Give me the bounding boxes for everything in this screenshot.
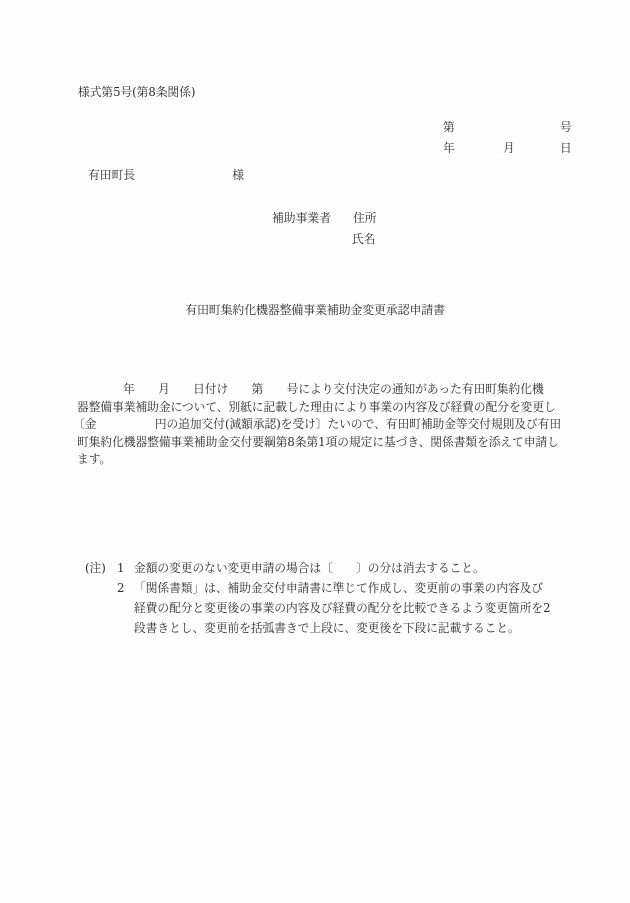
note-number: 2: [117, 578, 134, 598]
note-text: 金額の変更のない変更申請の場合は〔 〕の分は消去すること。: [134, 558, 485, 578]
body-paragraph: 年 月 日付け 第 号により交付決定の通知があった有田町集約化機 器整備事業補助…: [77, 381, 561, 469]
document-number-prefix-label: 第: [443, 119, 455, 135]
addressee-honorific: 様: [232, 168, 244, 182]
note-text: 「関係書類」は、補助金交付申請書に準じて作成し、変更前の事業の内容及び 経費の配…: [134, 578, 551, 638]
body-line: 年 月 日付け 第 号により交付決定の通知があった有田町集約化機: [77, 381, 561, 399]
body-line: 〔金 円の追加交付(減額承認)を受け〕たいので、有田町補助金等交付規則及び有田: [73, 416, 561, 434]
date-year-label: 年: [443, 140, 455, 156]
document-title: 有田町集約化機器整備事業補助金変更承認申請書: [0, 301, 630, 318]
form-number-label: 様式第5号(第8条関係): [78, 84, 196, 100]
applicant-name-label: 氏名: [352, 230, 376, 247]
body-line: ます。: [77, 451, 561, 469]
body-line: 器整備事業補助金について、別紙に記載した理由により事業の内容及び経費の配分を変更…: [77, 399, 561, 417]
document-number-suffix-label: 号: [560, 119, 572, 135]
date-day-label: 日: [560, 140, 572, 156]
note-item: 2 「関係書類」は、補助金交付申請書に準じて作成し、変更前の事業の内容及び 経費…: [85, 578, 551, 638]
applicant-line: 補助事業者住所: [272, 209, 377, 226]
body-line: 町集約化機器整備事業補助金交付要綱第8条第1項の規定に基づき、関係書類を添えて申…: [77, 434, 561, 452]
applicant-role-label: 補助事業者: [272, 211, 331, 225]
notes-section: (注) 1 金額の変更のない変更申請の場合は〔 〕の分は消去すること。 2 「関…: [85, 558, 551, 638]
note-item: (注) 1 金額の変更のない変更申請の場合は〔 〕の分は消去すること。: [85, 558, 551, 578]
date-month-label: 月: [503, 140, 515, 156]
applicant-address-label: 住所: [353, 211, 377, 225]
document-page: 様式第5号(第8条関係) 第 号 年 月 日 有田町長様 補助事業者住所 氏名 …: [0, 0, 630, 903]
note-number: 1: [117, 558, 134, 578]
addressee-line: 有田町長様: [88, 166, 244, 183]
addressee-name: 有田町長: [88, 168, 135, 182]
notes-label: (注): [85, 558, 117, 578]
